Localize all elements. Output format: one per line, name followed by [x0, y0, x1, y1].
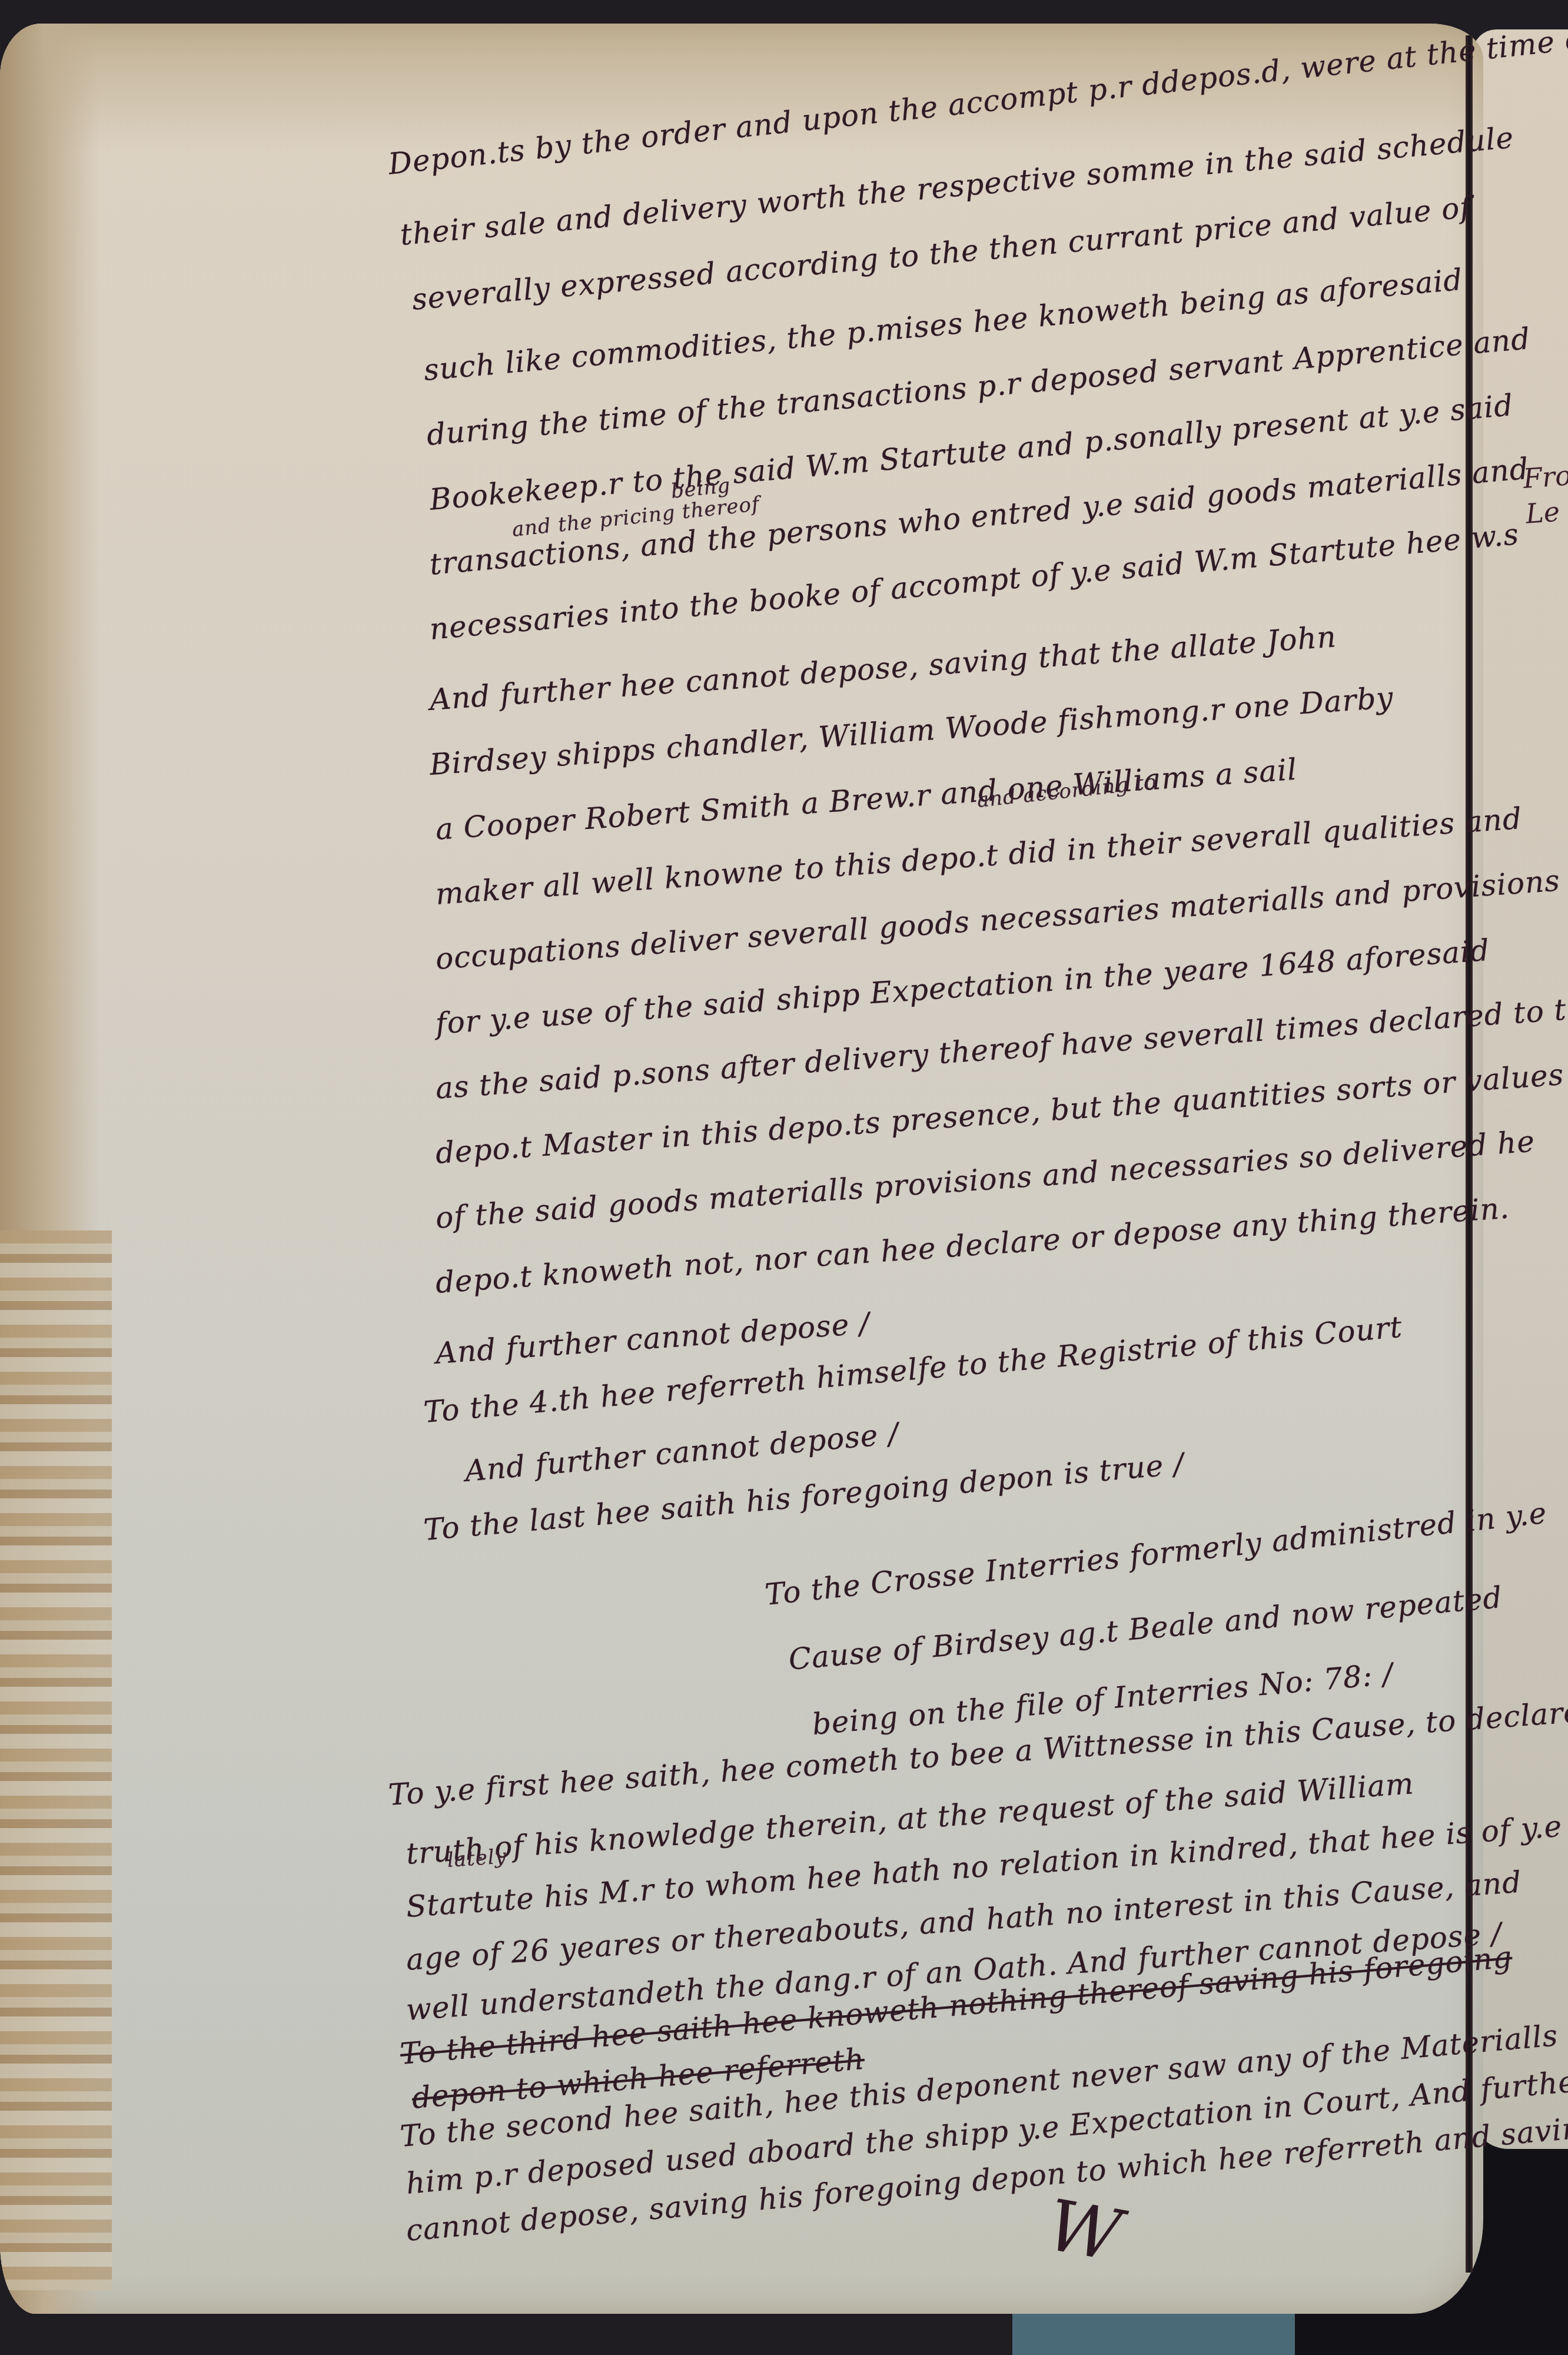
handwritten-text-lower	[0, 0, 1483, 2355]
signature-mark: W	[1041, 2184, 1127, 2277]
